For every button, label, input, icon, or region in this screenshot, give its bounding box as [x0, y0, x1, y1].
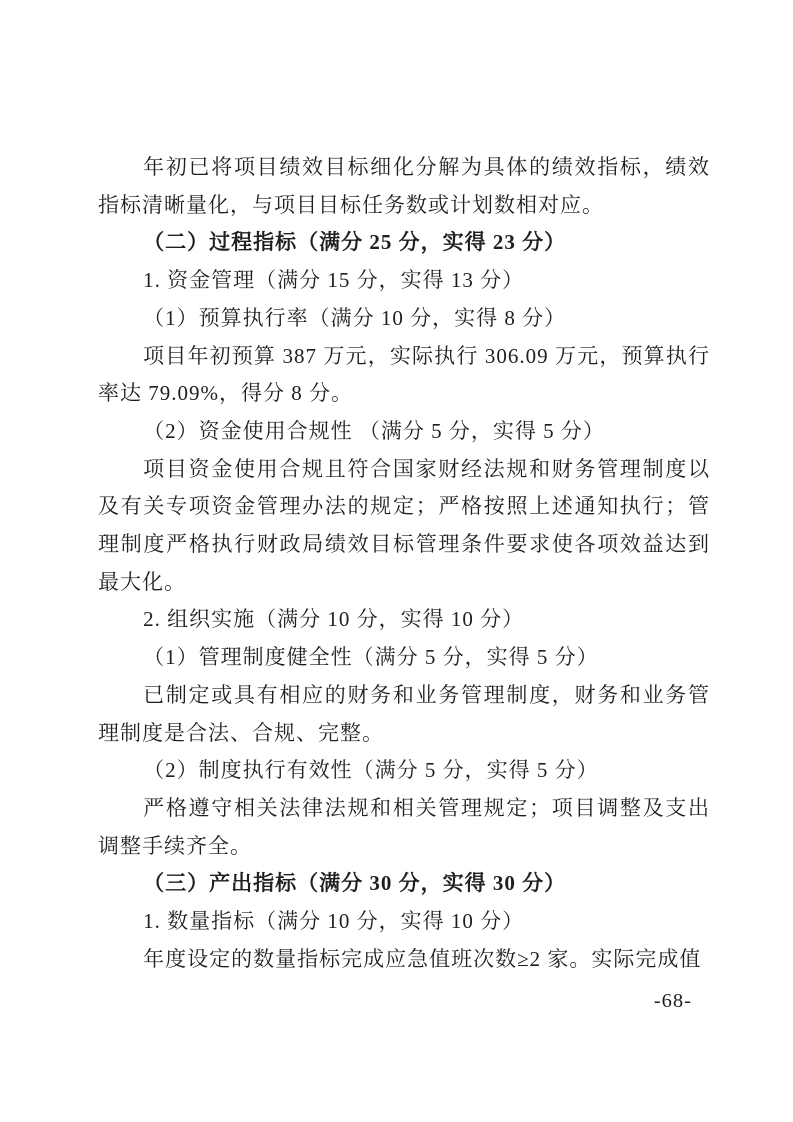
- para-quantity-indicator-detail: 年度设定的数量指标完成应急值班次数≥2 家。实际完成值: [98, 941, 710, 979]
- document-body: 年初已将项目绩效目标细化分解为具体的绩效指标，绩效指标清晰量化，与项目目标任务数…: [98, 149, 710, 978]
- para-budget-execution-rate: （1）预算执行率（满分 10 分，实得 8 分）: [98, 300, 710, 338]
- para-fund-management: 1. 资金管理（满分 15 分，实得 13 分）: [98, 262, 710, 300]
- para-fund-use-compliance-detail: 项目资金使用合规且符合国家财经法规和财务管理制度以及有关专项资金管理办法的规定；…: [98, 451, 710, 602]
- document-page: 年初已将项目绩效目标细化分解为具体的绩效指标，绩效指标清晰量化，与项目目标任务数…: [0, 0, 793, 1122]
- para-organization-implementation: 2. 组织实施（满分 10 分，实得 10 分）: [98, 601, 710, 639]
- para-fund-use-compliance: （2）资金使用合规性 （满分 5 分，实得 5 分）: [98, 413, 710, 451]
- para-management-system-detail: 已制定或具有相应的财务和业务管理制度，财务和业务管理制度是合法、合规、完整。: [98, 677, 710, 752]
- para-budget-execution-detail: 项目年初预算 387 万元，实际执行 306.09 万元，预算执行率达 79.0…: [98, 338, 710, 413]
- para-management-system-soundness: （1）管理制度健全性（满分 5 分，实得 5 分）: [98, 639, 710, 677]
- page-number: -68-: [654, 988, 692, 1014]
- heading-process-indicators: （二）过程指标（满分 25 分，实得 23 分）: [98, 224, 710, 262]
- para-system-execution-effectiveness: （2）制度执行有效性（满分 5 分，实得 5 分）: [98, 752, 710, 790]
- para-quantity-indicator: 1. 数量指标（满分 10 分，实得 10 分）: [98, 903, 710, 941]
- heading-output-indicators: （三）产出指标（满分 30 分，实得 30 分）: [98, 865, 710, 903]
- para-system-execution-detail: 严格遵守相关法律法规和相关管理规定；项目调整及支出调整手续齐全。: [98, 790, 710, 865]
- para-performance-target-breakdown: 年初已将项目绩效目标细化分解为具体的绩效指标，绩效指标清晰量化，与项目目标任务数…: [98, 149, 710, 224]
